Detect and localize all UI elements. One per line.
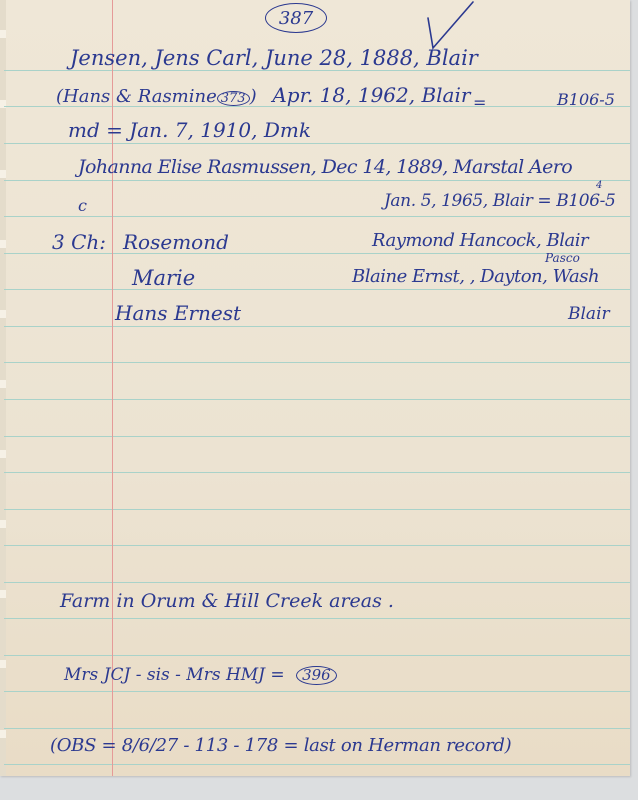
- rule-line: [4, 399, 630, 400]
- entry-name-birth: Jensen, Jens Carl, June 28, 1888, Blair: [70, 48, 478, 69]
- page-number-text: 387: [279, 8, 313, 29]
- child-name: Rosemond: [123, 232, 229, 252]
- rule-line: [4, 691, 630, 692]
- children-label: 3 Ch:: [52, 232, 106, 252]
- spouse-death-entry: Jan. 5, 1965, Blair = B106-5: [384, 193, 615, 210]
- parents-text: (Hans & Rasmine: [56, 86, 217, 107]
- rule-line: [4, 728, 630, 729]
- sister-note-text: Mrs JCJ - sis - Mrs HMJ =: [64, 665, 285, 685]
- child-spouse-note: Pasco: [545, 251, 580, 265]
- farm-note: Farm in Orum & Hill Creek areas .: [60, 592, 394, 611]
- sister-note: Mrs JCJ - sis - Mrs HMJ = 396: [64, 666, 337, 685]
- equals-sign: =: [473, 95, 486, 111]
- spouse-mark: c: [78, 198, 87, 214]
- rule-line: [4, 362, 630, 363]
- rule-line: [4, 289, 630, 290]
- child-spouse: Blaine Ernst, , Dayton, Wash: [352, 268, 599, 286]
- child-name: Marie: [132, 268, 195, 289]
- rule-line: [4, 326, 630, 327]
- obs-note: (OBS = 8/6/27 - 113 - 178 = last on Herm…: [50, 737, 511, 755]
- marriage-entry: md = Jan. 7, 1910, Dmk: [68, 120, 311, 140]
- page-number: 387: [265, 3, 327, 33]
- checkmark-icon: [425, 0, 475, 52]
- rule-line: [4, 545, 630, 546]
- rule-line: [4, 180, 630, 181]
- rule-line: [4, 618, 630, 619]
- spouse-entry: Johanna Elise Rasmussen, Dec 14, 1889, M…: [78, 158, 572, 177]
- rule-line: [4, 70, 630, 71]
- margin-line: [112, 0, 113, 776]
- torn-edge: [0, 0, 6, 776]
- child-spouse: Blair: [568, 306, 610, 323]
- rule-line: [4, 436, 630, 437]
- child-spouse: Raymond Hancock, Blair: [372, 232, 588, 250]
- parents-close: ): [250, 86, 257, 107]
- sister-ref-circled: 396: [296, 666, 337, 685]
- rule-line: [4, 472, 630, 473]
- burial-plot: B106-5: [557, 92, 615, 108]
- death-text: Apr. 18, 1962, Blair: [272, 83, 470, 107]
- entry-parents-death: (Hans & Rasmine373) Apr. 18, 1962, Blair: [56, 85, 470, 106]
- parents-ref-circled: 373: [217, 91, 250, 106]
- plot-correction: 4: [596, 180, 602, 191]
- notebook-page: 387 Jensen, Jens Carl, June 28, 1888, Bl…: [0, 0, 630, 776]
- rule-line: [4, 509, 630, 510]
- rule-line: [4, 216, 630, 217]
- child-name: Hans Ernest: [115, 303, 241, 323]
- rule-line: [4, 582, 630, 583]
- rule-line: [4, 143, 630, 144]
- rule-line: [4, 655, 630, 656]
- rule-line: [4, 764, 630, 765]
